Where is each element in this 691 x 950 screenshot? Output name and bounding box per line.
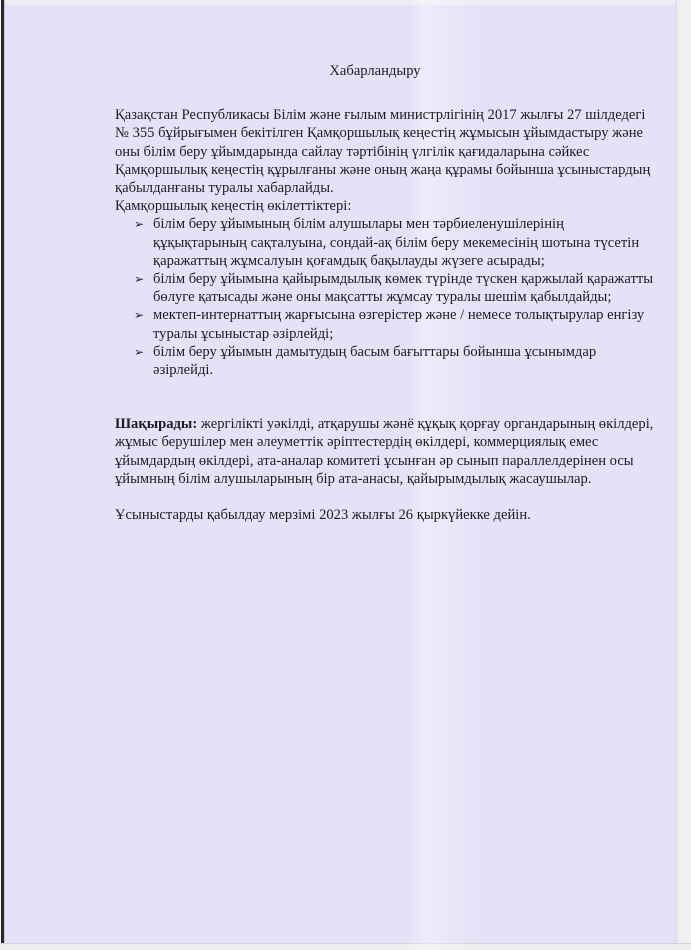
- arrowhead-bullet-icon: ➢: [134, 343, 144, 361]
- powers-list: ➢ білім беру ұйымының білім алушылары ме…: [115, 215, 655, 379]
- document-title: Хабарландыру: [115, 62, 655, 80]
- arrowhead-bullet-icon: ➢: [134, 306, 144, 324]
- deadline-paragraph: Ұсыныстарды қабылдау мерзімі 2023 жылғы …: [115, 506, 655, 524]
- spacer: [115, 379, 655, 397]
- power-item-text: білім беру ұйымын дамытудың басым бағытт…: [153, 344, 596, 378]
- invite-label: Шақырады:: [115, 416, 197, 432]
- scanned-page: Хабарландыру Қазақстан Республикасы Білі…: [0, 0, 691, 950]
- list-item: ➢ білім беру ұйымына қайырымдылық көмек …: [153, 270, 655, 306]
- announcement-paragraph: Қамқоршылық кеңестің құрылғаны және оның…: [115, 161, 655, 197]
- power-item-text: мектеп-интернаттың жарғысына өзгерістер …: [153, 307, 644, 341]
- list-item: ➢ білім беру ұйымының білім алушылары ме…: [153, 215, 655, 270]
- document-body: Хабарландыру Қазақстан Республикасы Білі…: [115, 62, 655, 524]
- intro-paragraph: Қазақстан Республикасы Білім және ғылым …: [115, 106, 655, 161]
- list-item: ➢ мектеп-интернаттың жарғысына өзгерісте…: [153, 306, 655, 342]
- scan-top-edge: [0, 0, 691, 5]
- spacer: [115, 488, 655, 506]
- spacer: [115, 397, 655, 415]
- invite-paragraph: Шақырады: жергілікті уәкілді, атқарушы ж…: [115, 415, 655, 488]
- power-item-text: білім беру ұйымының білім алушылары мен …: [153, 216, 639, 268]
- arrowhead-bullet-icon: ➢: [134, 270, 144, 288]
- power-item-text: білім беру ұйымына қайырымдылық көмек тү…: [153, 271, 653, 305]
- powers-heading: Қамқоршылық кеңестің өкілеттіктері:: [115, 197, 655, 215]
- list-item: ➢ білім беру ұйымын дамытудың басым бағы…: [153, 343, 655, 379]
- scan-right-edge: [675, 0, 691, 950]
- scan-bottom-edge: [0, 943, 691, 950]
- arrowhead-bullet-icon: ➢: [134, 215, 144, 233]
- scan-left-edge: [0, 0, 5, 950]
